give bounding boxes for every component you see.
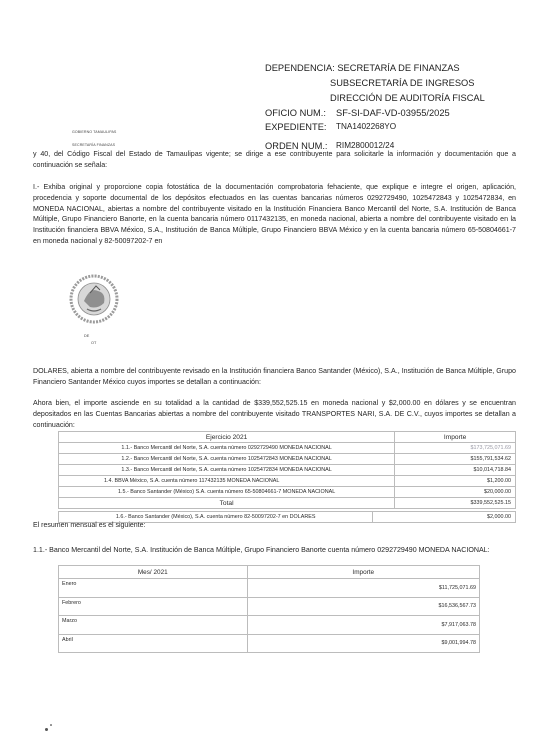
gov-header-line-2: SECRETARÍA FINANZAS	[72, 143, 115, 147]
monthly-amount: $7,917,063.78	[247, 616, 479, 635]
table-row: 1.3.- Banco Mercantil del Norte, S.A. cu…	[59, 465, 516, 476]
summary-usd-row: 1.6.- Banco Santander (México), S.A. cue…	[59, 512, 516, 523]
dependencia-line-2: SUBSECRETARÍA DE INGRESOS	[330, 77, 474, 89]
summary-amount: $1,200.00	[395, 476, 516, 487]
summary-concept: 1.3.- Banco Mercantil del Norte, S.A. cu…	[59, 465, 395, 476]
section-1-1-heading: 1.1.- Banco Mercantil del Norte, S.A. In…	[33, 545, 516, 556]
expediente-value: TNA1402268YO	[336, 121, 396, 133]
summary-amount: $20,000.00	[395, 487, 516, 498]
monthly-amount: $9,001,994.78	[247, 634, 479, 653]
monthly-table-header: Mes/ 2021 Importe	[59, 566, 480, 579]
summary-header-concept: Ejercicio 2021	[59, 432, 395, 443]
summary-concept: 1.4. BBVA México, S.A. cuenta número 117…	[59, 476, 395, 487]
summary-concept: 1.5.- Banco Santander (México) S.A. cuen…	[59, 487, 395, 498]
summary-amount: $10,014,718.84	[395, 465, 516, 476]
ahora-paragraph: Ahora bien, el importe asciende en su to…	[33, 398, 516, 430]
scan-speck	[50, 724, 52, 726]
summary-table: Ejercicio 2021 Importe 1.1.- Banco Merca…	[58, 431, 516, 509]
oficio-label: OFICIO NUM.:	[265, 107, 326, 119]
dependencia-line-3: DIRECCIÓN DE AUDITORÍA FISCAL	[330, 92, 485, 104]
monthly-month: Abril	[59, 634, 248, 653]
summary-total-row: Total $339,552,525.15	[59, 498, 516, 509]
dolares-paragraph: DOLARES, abierta a nombre del contribuye…	[33, 366, 516, 388]
monthly-table: Mes/ 2021 Importe Enero $11,725,071.69 F…	[58, 565, 480, 653]
seal-sub-2: OT	[91, 341, 96, 345]
scan-speck	[45, 728, 48, 731]
table-row: 1.1.- Banco Mercantil del Norte, S.A. cu…	[59, 443, 516, 454]
summary-usd-concept: 1.6.- Banco Santander (México), S.A. cue…	[59, 512, 373, 523]
summary-amount: $155,791,534.62	[395, 454, 516, 465]
oficio-value: SF-SI-DAF-VD-03955/2025	[336, 107, 450, 119]
table-row: Marzo $7,917,063.78	[59, 616, 480, 635]
summary-amount: $173,725,071.69	[395, 443, 516, 454]
gov-header-line-1: GOBIERNO TAMAULIPAS	[72, 130, 116, 134]
summary-concept: 1.2.- Banco Mercantil del Norte, S.A. cu…	[59, 454, 395, 465]
monthly-amount: $16,536,567.73	[247, 597, 479, 616]
seal-sub-1: DE	[84, 334, 89, 338]
summary-total-amount: $339,552,525.15	[395, 498, 516, 509]
table-row: 1.4. BBVA México, S.A. cuenta número 117…	[59, 476, 516, 487]
monthly-month: Febrero	[59, 597, 248, 616]
resumen-label: El resumen mensual es el siguiente:	[33, 522, 145, 529]
expediente-label: EXPEDIENTE:	[265, 121, 326, 133]
summary-header-amount: Importe	[395, 432, 516, 443]
monthly-header-amount: Importe	[247, 566, 479, 579]
monthly-header-month: Mes/ 2021	[59, 566, 248, 579]
item-1-paragraph: I.- Exhiba original y proporcione copia …	[33, 182, 516, 247]
dependencia-line-1: SECRETARÍA DE FINANZAS	[337, 62, 459, 74]
monthly-month: Enero	[59, 579, 248, 598]
table-row: 1.5.- Banco Santander (México) S.A. cuen…	[59, 487, 516, 498]
dependencia-row: DEPENDENCIA: SECRETARÍA DE FINANZAS	[265, 62, 460, 74]
summary-concept: 1.1.- Banco Mercantil del Norte, S.A. cu…	[59, 443, 395, 454]
summary-total-label: Total	[59, 498, 395, 509]
summary-usd-amount: $2,000.00	[373, 512, 516, 523]
intro-paragraph: y 40, del Código Fiscal del Estado de Ta…	[33, 149, 516, 171]
table-row: Abril $9,001,994.78	[59, 634, 480, 653]
table-row: 1.2.- Banco Mercantil del Norte, S.A. cu…	[59, 454, 516, 465]
table-row: Enero $11,725,071.69	[59, 579, 480, 598]
table-row: Febrero $16,536,567.73	[59, 597, 480, 616]
summary-table-header: Ejercicio 2021 Importe	[59, 432, 516, 443]
mexico-seal-icon	[60, 271, 130, 331]
monthly-amount: $11,725,071.69	[247, 579, 479, 598]
dependencia-label: DEPENDENCIA:	[265, 62, 335, 74]
monthly-month: Marzo	[59, 616, 248, 635]
